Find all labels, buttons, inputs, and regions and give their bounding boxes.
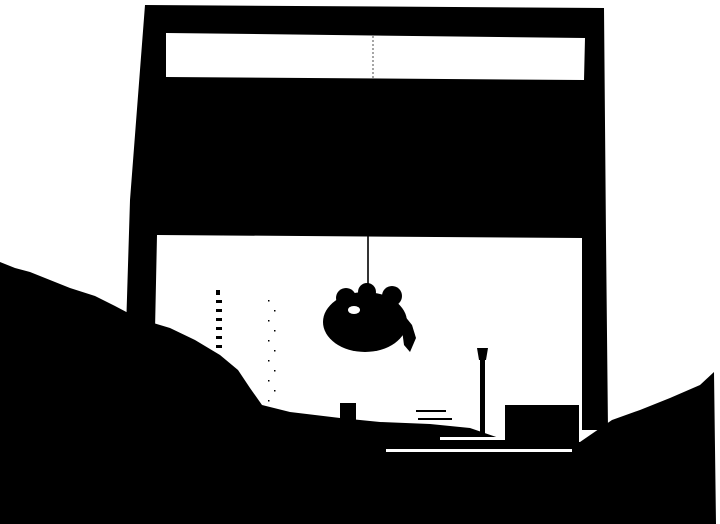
distant-building-right	[505, 405, 579, 445]
road-highlight-2	[440, 437, 505, 440]
road-highlight	[386, 449, 572, 452]
photo-scene	[0, 0, 720, 524]
distant-structure-2	[418, 418, 452, 420]
distant-structure	[416, 410, 446, 412]
